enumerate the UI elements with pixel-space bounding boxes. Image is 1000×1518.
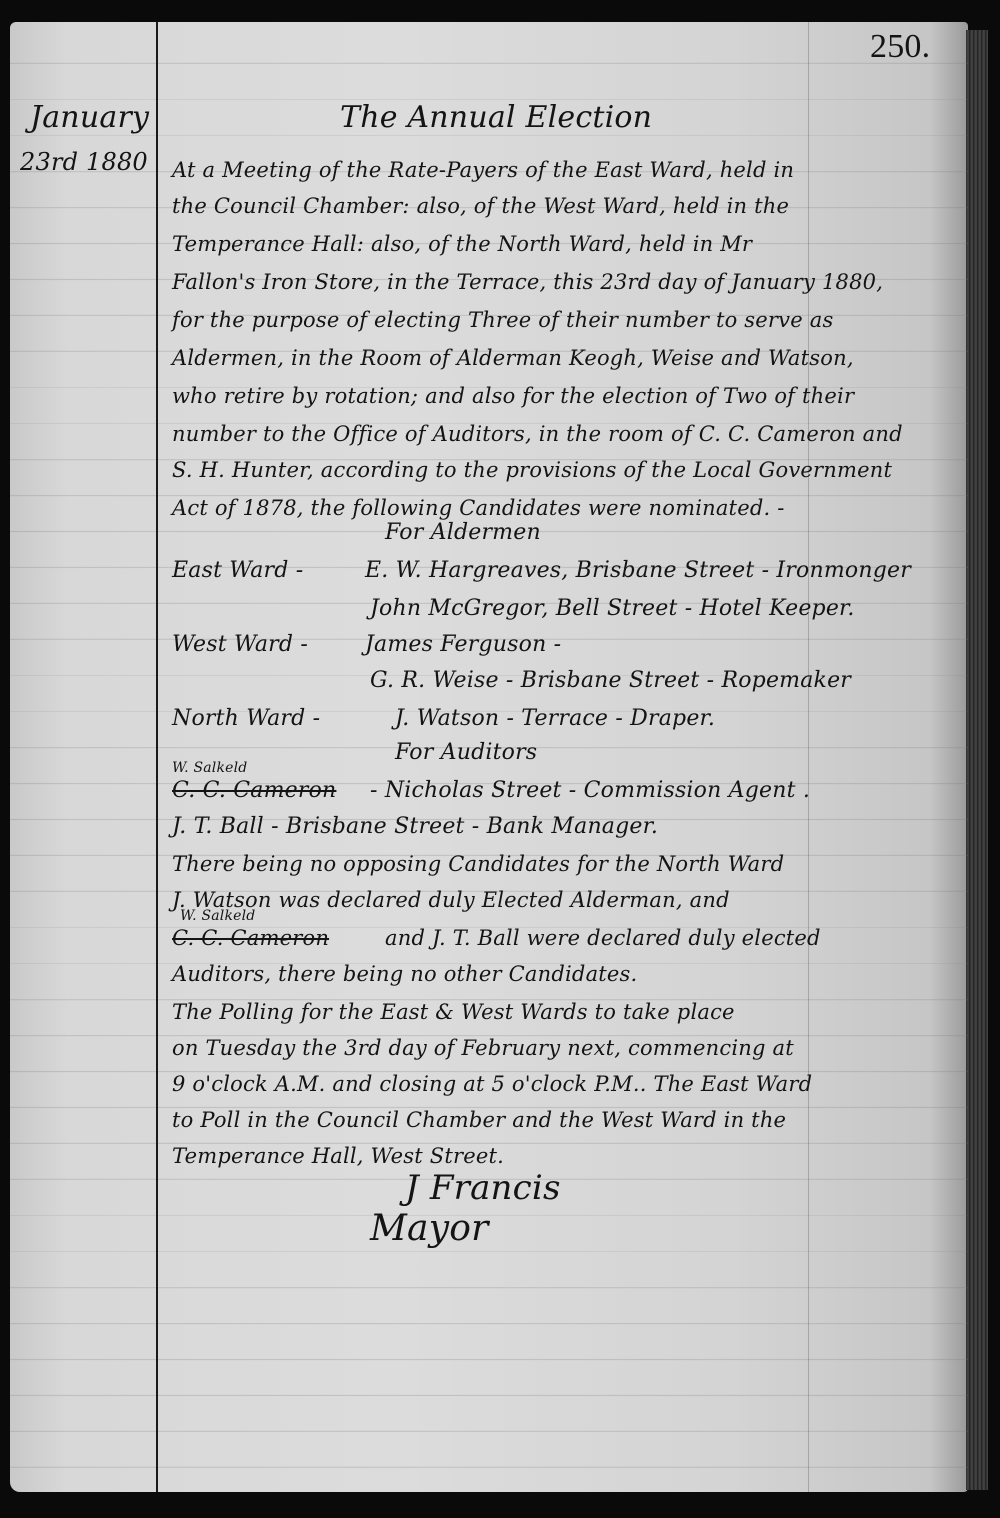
right-rule-line — [808, 22, 809, 1492]
final-line: The Polling for the East & West Wards to… — [172, 1000, 735, 1024]
final-line: Temperance Hall, West Street. — [172, 1144, 504, 1168]
correction-note: W. Salkeld — [180, 908, 255, 924]
correction-note: W. Salkeld — [172, 760, 247, 776]
final-line: 9 o'clock A.M. and closing at 5 o'clock … — [172, 1072, 812, 1096]
closing-line: J. Watson was declared duly Elected Alde… — [172, 888, 730, 912]
struck-name: C. C. Cameron — [172, 778, 336, 803]
body-line: the Council Chamber: also, of the West W… — [172, 194, 789, 218]
auditors-heading: For Auditors — [395, 740, 537, 765]
alderman-entry: J. Watson - Terrace - Draper. — [395, 706, 715, 731]
alderman-entry: G. R. Weise - Brisbane Street - Ropemake… — [370, 668, 851, 693]
margin-date-day-year: 23rd 1880 — [20, 148, 148, 176]
margin-line — [156, 22, 158, 1492]
body-line: who retire by rotation; and also for the… — [172, 384, 854, 408]
closing-line: and J. T. Ball were declared duly electe… — [385, 926, 821, 950]
body-line: S. H. Hunter, according to the provision… — [172, 458, 892, 482]
document-title: The Annual Election — [340, 100, 652, 135]
auditor-entry: J. T. Ball - Brisbane Street - Bank Mana… — [172, 814, 658, 839]
alderman-entry: E. W. Hargreaves, Brisbane Street - Iron… — [365, 558, 911, 583]
ward-label: West Ward - — [172, 632, 308, 657]
ward-label: East Ward - — [172, 558, 303, 583]
alderman-entry: John McGregor, Bell Street - Hotel Keepe… — [370, 596, 855, 621]
page-edges — [966, 30, 988, 1490]
signature-title: Mayor — [370, 1208, 489, 1249]
auditor-entry: - Nicholas Street - Commission Agent . — [370, 778, 810, 803]
alderman-entry: James Ferguson - — [365, 632, 561, 657]
final-line: on Tuesday the 3rd day of February next,… — [172, 1036, 794, 1060]
struck-name: C. C. Cameron — [172, 926, 329, 950]
page-number: 250. — [870, 28, 930, 66]
body-line: Aldermen, in the Room of Alderman Keogh,… — [172, 346, 854, 370]
body-line: for the purpose of electing Three of the… — [172, 308, 833, 332]
body-line: Fallon's Iron Store, in the Terrace, thi… — [172, 270, 883, 294]
final-line: to Poll in the Council Chamber and the W… — [172, 1108, 786, 1132]
margin-date-month: January — [30, 100, 149, 135]
signature-name: J Francis — [405, 1168, 561, 1208]
final-line: Auditors, there being no other Candidate… — [172, 962, 637, 986]
body-line: Temperance Hall: also, of the North Ward… — [172, 232, 752, 256]
closing-line: There being no opposing Candidates for t… — [172, 852, 784, 876]
ward-label: North Ward - — [172, 706, 320, 731]
body-line: number to the Office of Auditors, in the… — [172, 422, 903, 446]
aldermen-heading: For Aldermen — [385, 520, 541, 545]
body-line: Act of 1878, the following Candidates we… — [172, 496, 785, 520]
body-line: At a Meeting of the Rate-Payers of the E… — [172, 158, 794, 182]
